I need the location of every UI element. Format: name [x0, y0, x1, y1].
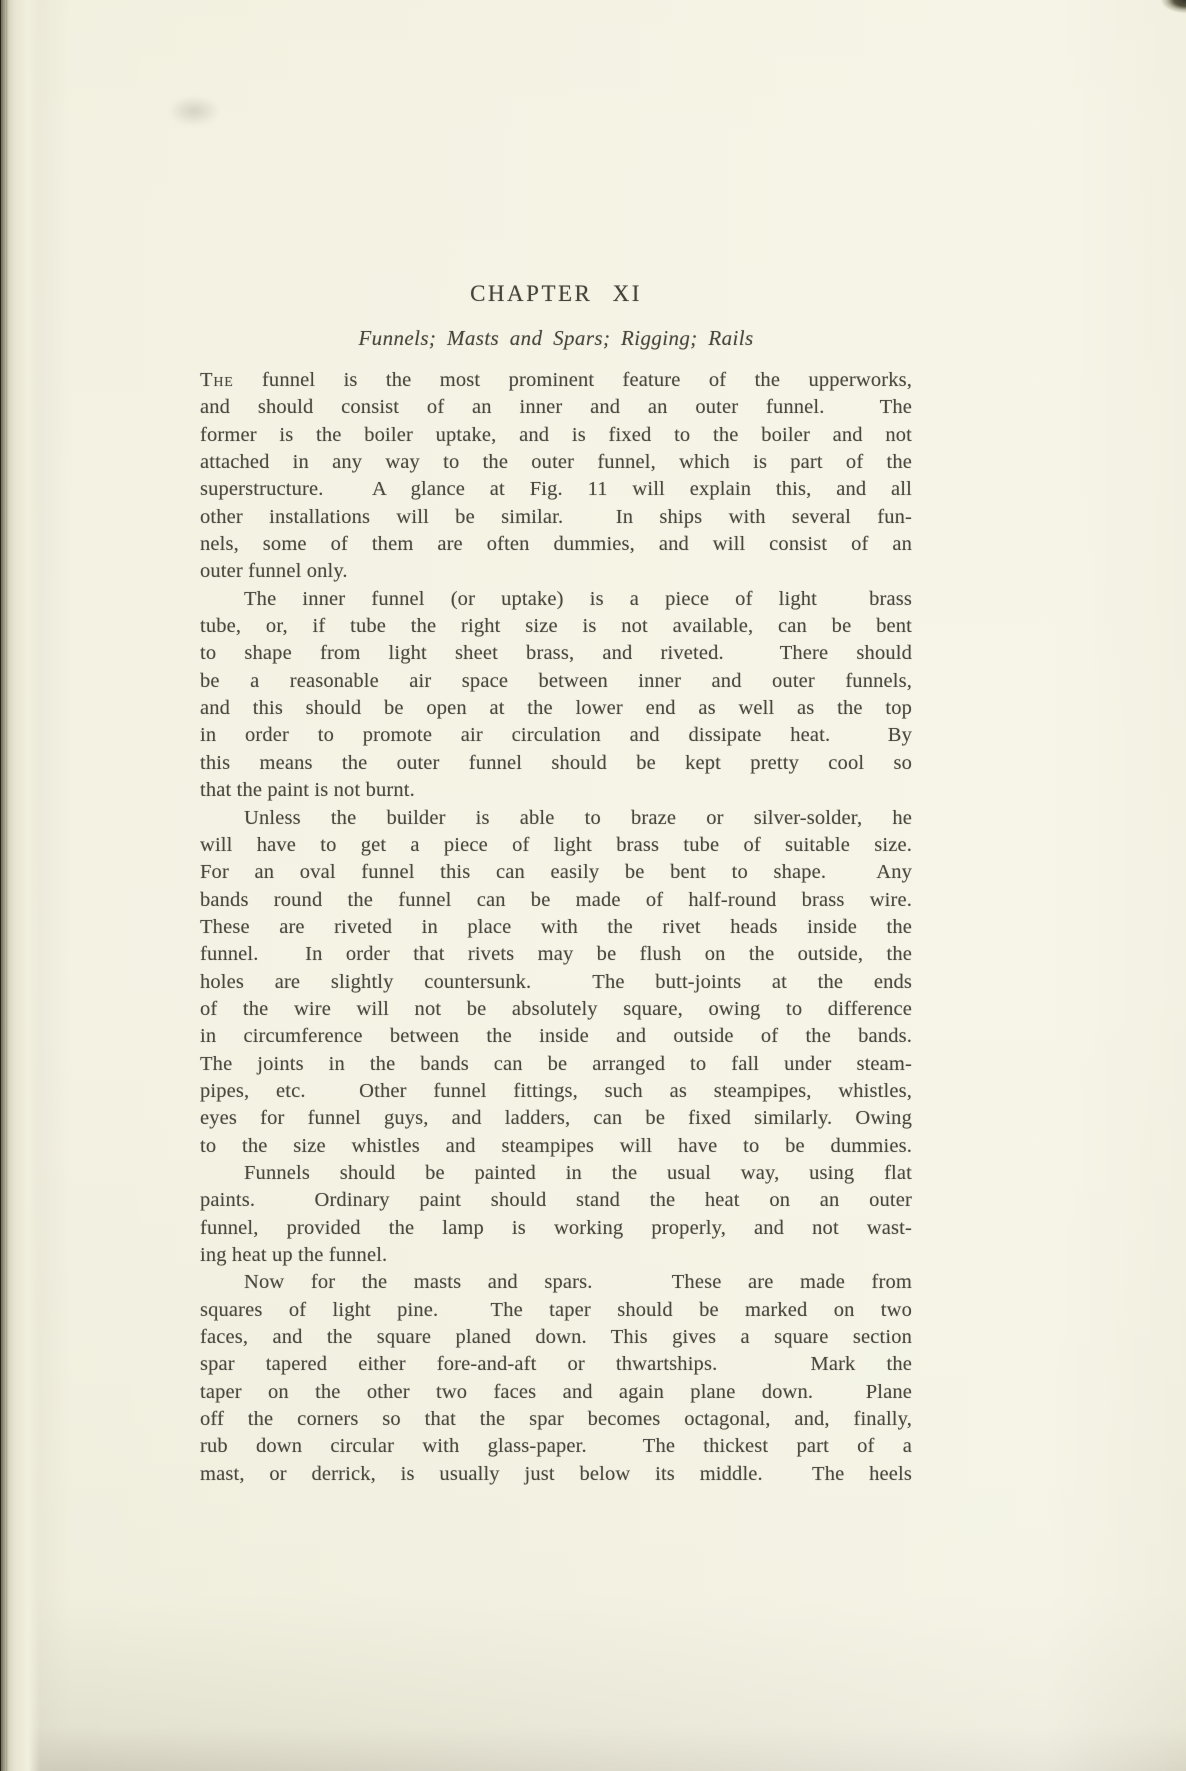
text-line: The funnel is the most prominent feature…	[200, 367, 912, 394]
text-line: taper on the other two faces and again p…	[200, 1379, 912, 1406]
paragraph: The funnel is the most prominent feature…	[200, 367, 912, 586]
text-line: ing heat up the funnel.	[200, 1242, 912, 1269]
text-line: outer funnel only.	[200, 558, 912, 585]
text-line: Unless the builder is able to braze or s…	[200, 805, 912, 832]
text-line: that the paint is not burnt.	[200, 777, 912, 804]
text-line: pipes, etc. Other funnel fittings, such …	[200, 1078, 912, 1105]
text-line: superstructure. A glance at Fig. 11 will…	[200, 476, 912, 503]
text-line: funnel, provided the lamp is working pro…	[200, 1215, 912, 1242]
book-page: CHAPTER XI Funnels; Masts and Spars; Rig…	[0, 0, 1186, 1771]
text-line: to shape from light sheet brass, and riv…	[200, 640, 912, 667]
text-line: tube, or, if tube the right size is not …	[200, 613, 912, 640]
paragraph: Unless the builder is able to braze or s…	[200, 805, 912, 1160]
text-line: and this should be open at the lower end…	[200, 695, 912, 722]
text-line: These are riveted in place with the rive…	[200, 914, 912, 941]
paragraph: Now for the masts and spars. These are m…	[200, 1269, 912, 1488]
text-line: bands round the funnel can be made of ha…	[200, 887, 912, 914]
book-binding-edge	[0, 0, 40, 1771]
text-line: and should consist of an inner and an ou…	[200, 394, 912, 421]
text-line: squares of light pine. The taper should …	[200, 1297, 912, 1324]
text-line: off the corners so that the spar becomes…	[200, 1406, 912, 1433]
lead-word: The	[200, 369, 234, 391]
chapter-heading: CHAPTER XI	[200, 281, 912, 307]
paragraph: The inner funnel (or uptake) is a piece …	[200, 586, 912, 805]
text-line: will have to get a piece of light brass …	[200, 832, 912, 859]
text-line: be a reasonable air space between inner …	[200, 668, 912, 695]
body-text: The funnel is the most prominent feature…	[200, 367, 912, 1488]
page-corner-shadow	[1152, 0, 1186, 20]
text-line: this means the outer funnel should be ke…	[200, 750, 912, 777]
text-line: to the size whistles and steampipes will…	[200, 1133, 912, 1160]
text-line: mast, or derrick, is usually just below …	[200, 1461, 912, 1488]
text-line: attached in any way to the outer funnel,…	[200, 449, 912, 476]
text-line: spar tapered either fore-and-aft or thwa…	[200, 1351, 912, 1378]
text-line: Funnels should be painted in the usual w…	[200, 1160, 912, 1187]
text-line: nels, some of them are often dummies, an…	[200, 531, 912, 558]
paper-smudge	[168, 96, 220, 126]
text-line: The inner funnel (or uptake) is a piece …	[200, 586, 912, 613]
text-line: rub down circular with glass-paper. The …	[200, 1433, 912, 1460]
text-line: funnel. In order that rivets may be flus…	[200, 941, 912, 968]
text-line: Now for the masts and spars. These are m…	[200, 1269, 912, 1296]
text-line: other installations will be similar. In …	[200, 504, 912, 531]
paragraph: Funnels should be painted in the usual w…	[200, 1160, 912, 1269]
text-line: faces, and the square planed down. This …	[200, 1324, 912, 1351]
text-line: former is the boiler uptake, and is fixe…	[200, 422, 912, 449]
text-line: in circumference between the inside and …	[200, 1023, 912, 1050]
text-line: of the wire will not be absolutely squar…	[200, 996, 912, 1023]
text-line: The joints in the bands can be arranged …	[200, 1051, 912, 1078]
text-line: holes are slightly countersunk. The butt…	[200, 969, 912, 996]
text-line: in order to promote air circulation and …	[200, 722, 912, 749]
text-line: eyes for funnel guys, and ladders, can b…	[200, 1105, 912, 1132]
page-content: CHAPTER XI Funnels; Masts and Spars; Rig…	[200, 281, 912, 1488]
text-line: paints. Ordinary paint should stand the …	[200, 1187, 912, 1214]
chapter-subtitle: Funnels; Masts and Spars; Rigging; Rails	[200, 326, 912, 351]
text-line: For an oval funnel this can easily be be…	[200, 859, 912, 886]
